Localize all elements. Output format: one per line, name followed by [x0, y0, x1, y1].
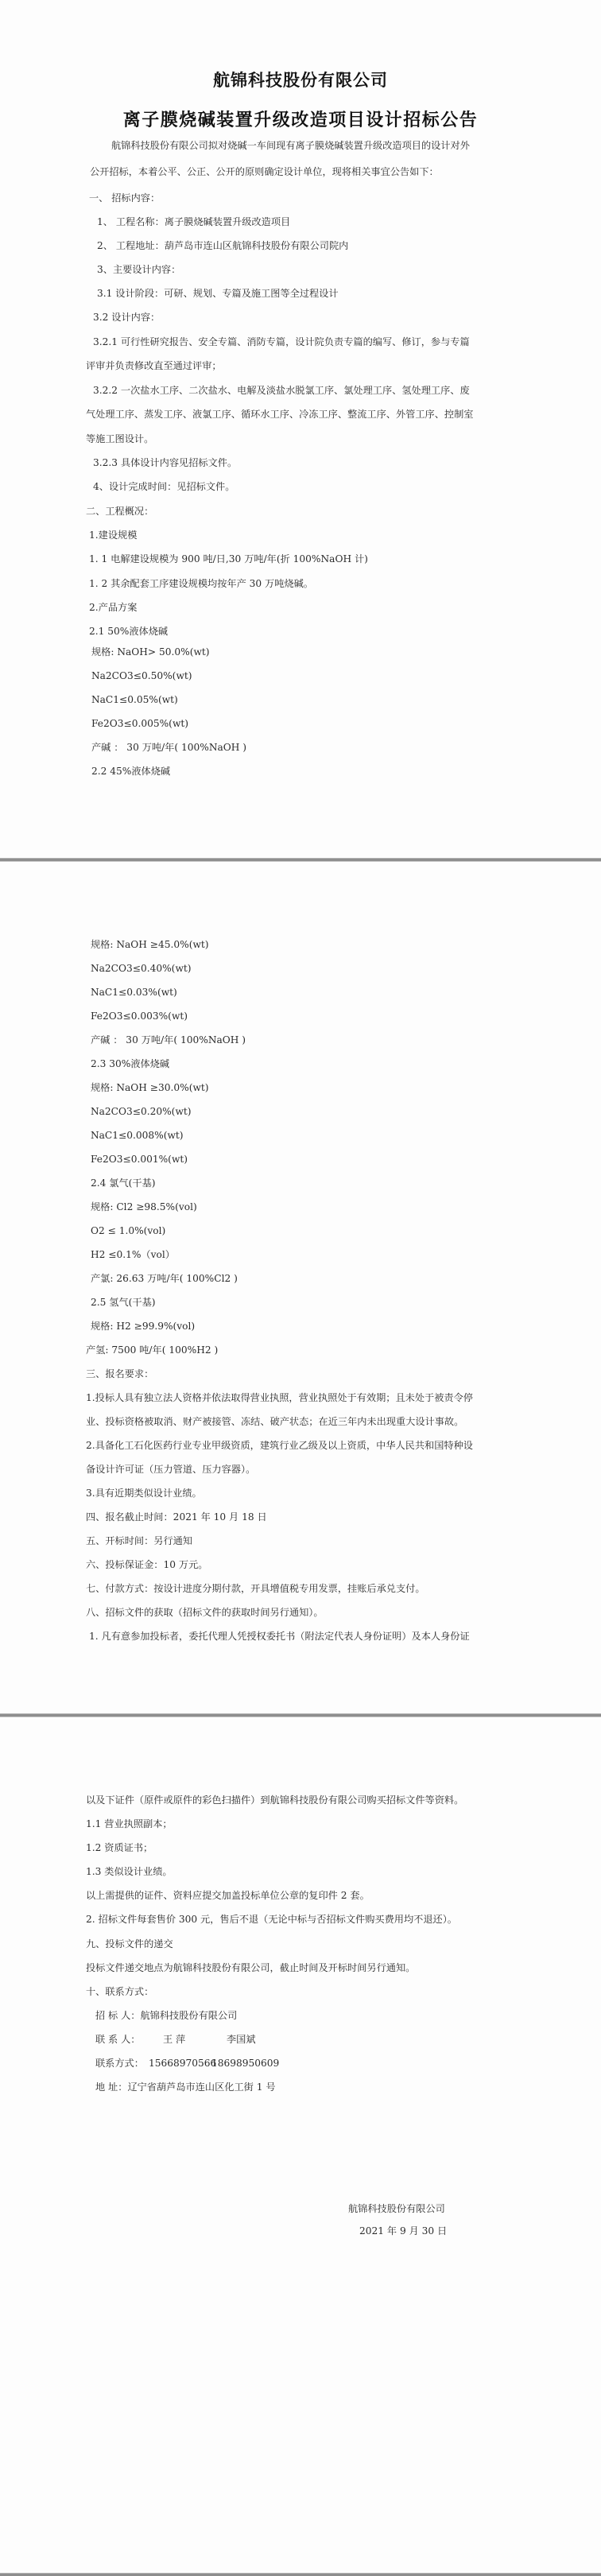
- page-3: 以及下证件（原件或原件的彩色扫描件）到航锦科技股份有限公司购买招标文件等资料。 …: [0, 1718, 601, 2573]
- text-line: 1.1 营业执照副本；: [86, 1818, 173, 1830]
- tenderer-value: 航锦科技股份有限公司: [141, 2010, 238, 2021]
- section-heading: 一、 招标内容：: [89, 192, 160, 204]
- section-heading: 三、报名要求：: [86, 1368, 153, 1380]
- document-title: 离子膜烧碱装置升级改造项目设计招标公告: [0, 107, 601, 131]
- spec-line: 规格: NaOH ≥30.0%(wt): [91, 1081, 209, 1094]
- section-heading: 十、联系方式：: [86, 1985, 153, 1998]
- text-line: 1.3 类似设计业绩。: [86, 1865, 173, 1878]
- spec-line: 规格: NaOH ≥45.0%(wt): [91, 938, 209, 951]
- spec-line: Na2CO3≤0.40%(wt): [91, 962, 192, 975]
- text-line: 3.2.1 可行性研究报告、安全专篇、消防专篇，设计院负责专篇的编写、修订，参与…: [93, 336, 470, 348]
- text-line: 3.2.3 具体设计内容见招标文件。: [93, 456, 237, 469]
- text-line: 备设计许可证（压力管道、压力容器）。: [86, 1463, 255, 1476]
- contact-person: 联 系 人： 王 萍 李国斌: [95, 2033, 141, 2046]
- text-line: 3、主要设计内容：: [97, 263, 180, 276]
- address-value: 辽宁省葫芦岛市连山区化工街 1 号: [127, 2081, 275, 2093]
- phone-1: 15668970566: [149, 2057, 216, 2070]
- page-separator: [0, 2573, 601, 2576]
- text-line: 以上需提供的证件、资料应提交加盖投标单位公章的复印件 2 套。: [86, 1889, 370, 1902]
- page-2: 规格: NaOH ≥45.0%(wt) Na2CO3≤0.40%(wt) NaC…: [0, 863, 601, 1713]
- company-title: 航锦科技股份有限公司: [0, 68, 601, 91]
- address-label: 地 址：: [95, 2081, 127, 2093]
- text-line: 评审并负责修改直至通过评审；: [86, 359, 222, 372]
- contact-phone: 联系方式： 15668970566 18698950609: [95, 2057, 144, 2070]
- text-line: 2.3 30%液体烧碱: [91, 1057, 169, 1070]
- spec-line: NaC1≤0.03%(wt): [91, 986, 177, 999]
- tenderer-label: 招 标 人：: [95, 2010, 141, 2021]
- intro-line: 公开招标，本着公平、公正、公开的原则确定设计单位，现将相关事宜公告如下：: [90, 165, 439, 178]
- section-heading: 八、招标文件的获取（招标文件的获取时间另行通知）。: [86, 1606, 324, 1619]
- section-heading: 六、投标保证金：10 万元。: [86, 1558, 207, 1571]
- spec-line: Fe2O3≤0.005%(wt): [91, 717, 188, 730]
- text-line: 等施工图设计。: [86, 433, 153, 445]
- section-heading: 九、投标文件的递交: [86, 1938, 173, 1950]
- text-line: 3.1 设计阶段：可研、规划、专篇及施工图等全过程设计: [97, 287, 339, 300]
- text-line: 3.具有近期类似设计业绩。: [86, 1487, 202, 1499]
- person-label: 联 系 人：: [95, 2034, 141, 2045]
- signature-date: 2021 年 9 月 30 日: [359, 2225, 447, 2237]
- page-separator: [0, 858, 601, 862]
- text-line: 1.投标人具有独立法人资格并依法取得营业执照，营业执照处于有效期；且未处于被责令…: [86, 1391, 473, 1404]
- text-line: 业、投标资格被取消、财产被接管、冻结、破产状态；在近三年内未出现重大设计事故。: [86, 1415, 463, 1428]
- spec-line: NaC1≤0.008%(wt): [91, 1129, 184, 1142]
- text-line: 3.2.2 一次盐水工序、二次盐水、电解及淡盐水脱氯工序、氯处理工序、氢处理工序…: [93, 384, 470, 397]
- text-line: 2.具备化工石化医药行业专业甲级资质，建筑行业乙级及以上资质，中华人民共和国特种…: [86, 1439, 473, 1452]
- spec-line: H2 ≤0.1%（vol）: [91, 1248, 175, 1261]
- contact-address: 地 址：辽宁省葫芦岛市连山区化工街 1 号: [95, 2081, 276, 2093]
- text-line: 1.2 资质证书；: [86, 1841, 153, 1854]
- spec-line: 规格: Cl2 ≥98.5%(vol): [91, 1201, 197, 1213]
- spec-line: 产氢: 7500 吨/年( 100%H2 ): [86, 1344, 218, 1356]
- text-line: 2. 招标文件每套售价 300 元，售后不退（无论中标与否招标文件购买费用均不退…: [86, 1913, 457, 1926]
- spec-line: Na2CO3≤0.50%(wt): [91, 669, 192, 682]
- phone-2: 18698950609: [211, 2057, 279, 2070]
- section-heading: 五、开标时间：另行通知: [86, 1534, 192, 1547]
- person-2: 李国斌: [227, 2033, 256, 2046]
- text-line: 1. 凡有意参加投标者，委托代理人凭授权委托书（附法定代表人身份证明）及本人身份…: [89, 1630, 470, 1643]
- text-line: 1. 2 其余配套工序建设规模均按年产 30 万吨烧碱。: [89, 577, 313, 590]
- text-line: 2.4 氯气(干基): [91, 1177, 156, 1189]
- page-separator: [0, 1713, 601, 1717]
- spec-line: 规格: NaOH> 50.0%(wt): [91, 646, 210, 658]
- text-line: 3.2 设计内容：: [93, 311, 160, 324]
- signature-company: 航锦科技股份有限公司: [348, 2202, 445, 2215]
- text-line: 2.产品方案: [89, 601, 137, 614]
- spec-line: 产碱 ： 30 万吨/年( 100%NaOH ): [91, 741, 246, 754]
- spec-line: Fe2O3≤0.003%(wt): [91, 1010, 188, 1022]
- text-line: 投标文件递交地点为航锦科技股份有限公司，截止时间及开标时间另行通知。: [86, 1961, 415, 1974]
- text-line: 2.1 50%液体烧碱: [89, 625, 168, 638]
- section-heading: 二、工程概况：: [86, 505, 153, 518]
- section-heading: 七、付款方式：按设计进度分期付款，开具增值税专用发票，挂账后承兑支付。: [86, 1582, 425, 1595]
- spec-line: 产氯: 26.63 万吨/年( 100%Cl2 ): [91, 1272, 238, 1285]
- text-line: 2.5 氢气(干基): [91, 1296, 156, 1309]
- person-1: 王 萍: [163, 2033, 185, 2046]
- spec-line: Na2CO3≤0.20%(wt): [91, 1105, 192, 1118]
- text-line: 2.2 45%液体烧碱: [91, 765, 170, 778]
- spec-line: 规格: H2 ≥99.9%(vol): [91, 1320, 195, 1333]
- spec-line: 产碱 ： 30 万吨/年( 100%NaOH ): [91, 1034, 246, 1046]
- spec-line: O2 ≤ 1.0%(vol): [91, 1224, 165, 1237]
- text-line: 4、设计完成时间：见招标文件。: [93, 480, 235, 493]
- spec-line: Fe2O3≤0.001%(wt): [91, 1153, 188, 1166]
- text-line: 以及下证件（原件或原件的彩色扫描件）到航锦科技股份有限公司购买招标文件等资料。: [86, 1794, 463, 1806]
- text-line: 1.建设规模: [89, 529, 137, 541]
- intro-line: 航锦科技股份有限公司拟对烧碱一车间现有离子膜烧碱装置升级改造项目的设计对外: [111, 139, 470, 152]
- phone-label: 联系方式：: [95, 2058, 144, 2069]
- contact-tenderer: 招 标 人：航锦科技股份有限公司: [95, 2009, 237, 2022]
- text-line: 1、 工程名称：离子膜烧碱装置升级改造项目: [97, 215, 290, 228]
- section-heading: 四、报名截止时间：2021 年 10 月 18 日: [86, 1511, 267, 1523]
- spec-line: NaC1≤0.05%(wt): [91, 693, 178, 706]
- text-line: 气处理工序、蒸发工序、液氯工序、循环水工序、冷冻工序、整流工序、外管工序、控制室: [86, 408, 474, 421]
- text-line: 1. 1 电解建设规模为 900 吨/日,30 万吨/年(折 100%NaOH …: [89, 553, 368, 565]
- text-line: 2、 工程地址：葫芦岛市连山区航锦科技股份有限公司院内: [97, 239, 348, 252]
- page-1: 航锦科技股份有限公司 离子膜烧碱装置升级改造项目设计招标公告 航锦科技股份有限公…: [0, 0, 601, 859]
